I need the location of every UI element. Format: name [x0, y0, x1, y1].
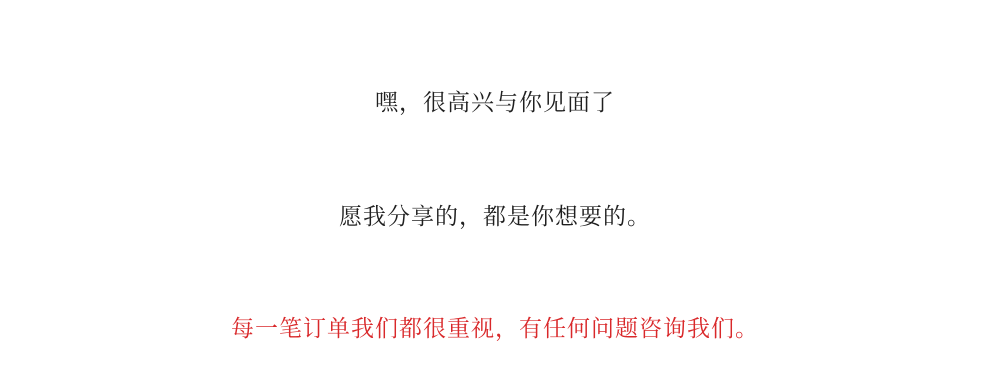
greeting-text: 嘿，很高兴与你见面了 — [0, 84, 990, 117]
order-notice-text: 每一笔订单我们都很重视，有任何问题咨询我们。 — [0, 310, 990, 343]
sharing-text: 愿我分享的，都是你想要的。 — [0, 198, 990, 231]
